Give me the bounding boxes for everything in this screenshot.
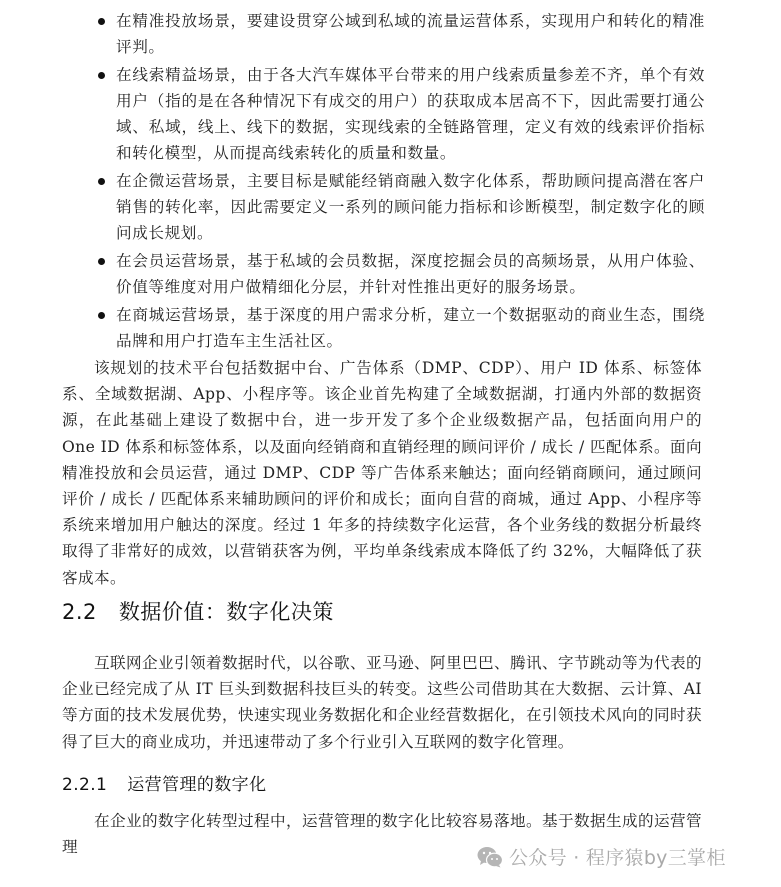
watermark-text: 公众号 · 程序猿by三掌柜: [509, 843, 726, 870]
bullet-item-lead-optimization: 在线索精益场景，由于各大汽车媒体平台带来的用户线索质量参差不齐，单个有效用户（指…: [95, 62, 705, 166]
paragraph-tech-platform: 该规划的技术平台包括数据中台、广告体系（DMP、CDP）、用户 ID 体系、标签…: [62, 355, 702, 591]
subsection-heading: 2.2.1运营管理的数字化: [62, 770, 266, 795]
bullet-dot-icon: [98, 18, 105, 25]
bullet-item-mall-operations: 在商城运营场景，基于深度的用户需求分析，建立一个数据驱动的商业生态，围绕品牌和用…: [95, 302, 705, 354]
subsection-number: 2.2.1: [62, 775, 107, 795]
bullet-dot-icon: [98, 312, 105, 319]
bullet-text: 在会员运营场景，基于私域的会员数据，深度挖掘会员的高频场景，从用户体验、价值等维…: [116, 252, 705, 296]
section-title: 数据价值：数字化决策: [119, 600, 334, 624]
bullet-dot-icon: [98, 72, 105, 79]
section-heading: 2.2数据价值：数字化决策: [62, 596, 334, 626]
wechat-icon: [477, 846, 503, 868]
bullet-dot-icon: [98, 258, 105, 265]
bullet-text: 在精准投放场景，要建设贯穿公域到私域的流量运营体系，实现用户和转化的精准评判。: [116, 12, 705, 56]
bullet-text: 在商城运营场景，基于深度的用户需求分析，建立一个数据驱动的商业生态，围绕品牌和用…: [116, 306, 705, 350]
bullet-dot-icon: [98, 178, 105, 185]
subsection-title: 运营管理的数字化: [127, 775, 266, 795]
scenario-bullet-list: 在精准投放场景，要建设贯穿公域到私域的流量运营体系，实现用户和转化的精准评判。 …: [95, 8, 705, 356]
bullet-item-wecom-operations: 在企微运营场景，主要目标是赋能经销商融入数字化体系，帮助顾问提高潜在客户销售的转…: [95, 168, 705, 246]
bullet-item-precision-ads: 在精准投放场景，要建设贯穿公域到私域的流量运营体系，实现用户和转化的精准评判。: [95, 8, 705, 60]
document-page: 在精准投放场景，要建设贯穿公域到私域的流量运营体系，实现用户和转化的精准评判。 …: [0, 0, 781, 887]
bullet-text: 在企微运营场景，主要目标是赋能经销商融入数字化体系，帮助顾问提高潜在客户销售的转…: [116, 172, 705, 242]
section-number: 2.2: [62, 600, 97, 624]
paragraph-internet-companies: 互联网企业引领着数据时代，以谷歌、亚马逊、阿里巴巴、腾讯、字节跳动等为代表的企业…: [62, 650, 702, 755]
watermark: 公众号 · 程序猿by三掌柜: [477, 843, 726, 870]
bullet-item-member-operations: 在会员运营场景，基于私域的会员数据，深度挖掘会员的高频场景，从用户体验、价值等维…: [95, 248, 705, 300]
bullet-text: 在线索精益场景，由于各大汽车媒体平台带来的用户线索质量参差不齐，单个有效用户（指…: [116, 66, 705, 162]
